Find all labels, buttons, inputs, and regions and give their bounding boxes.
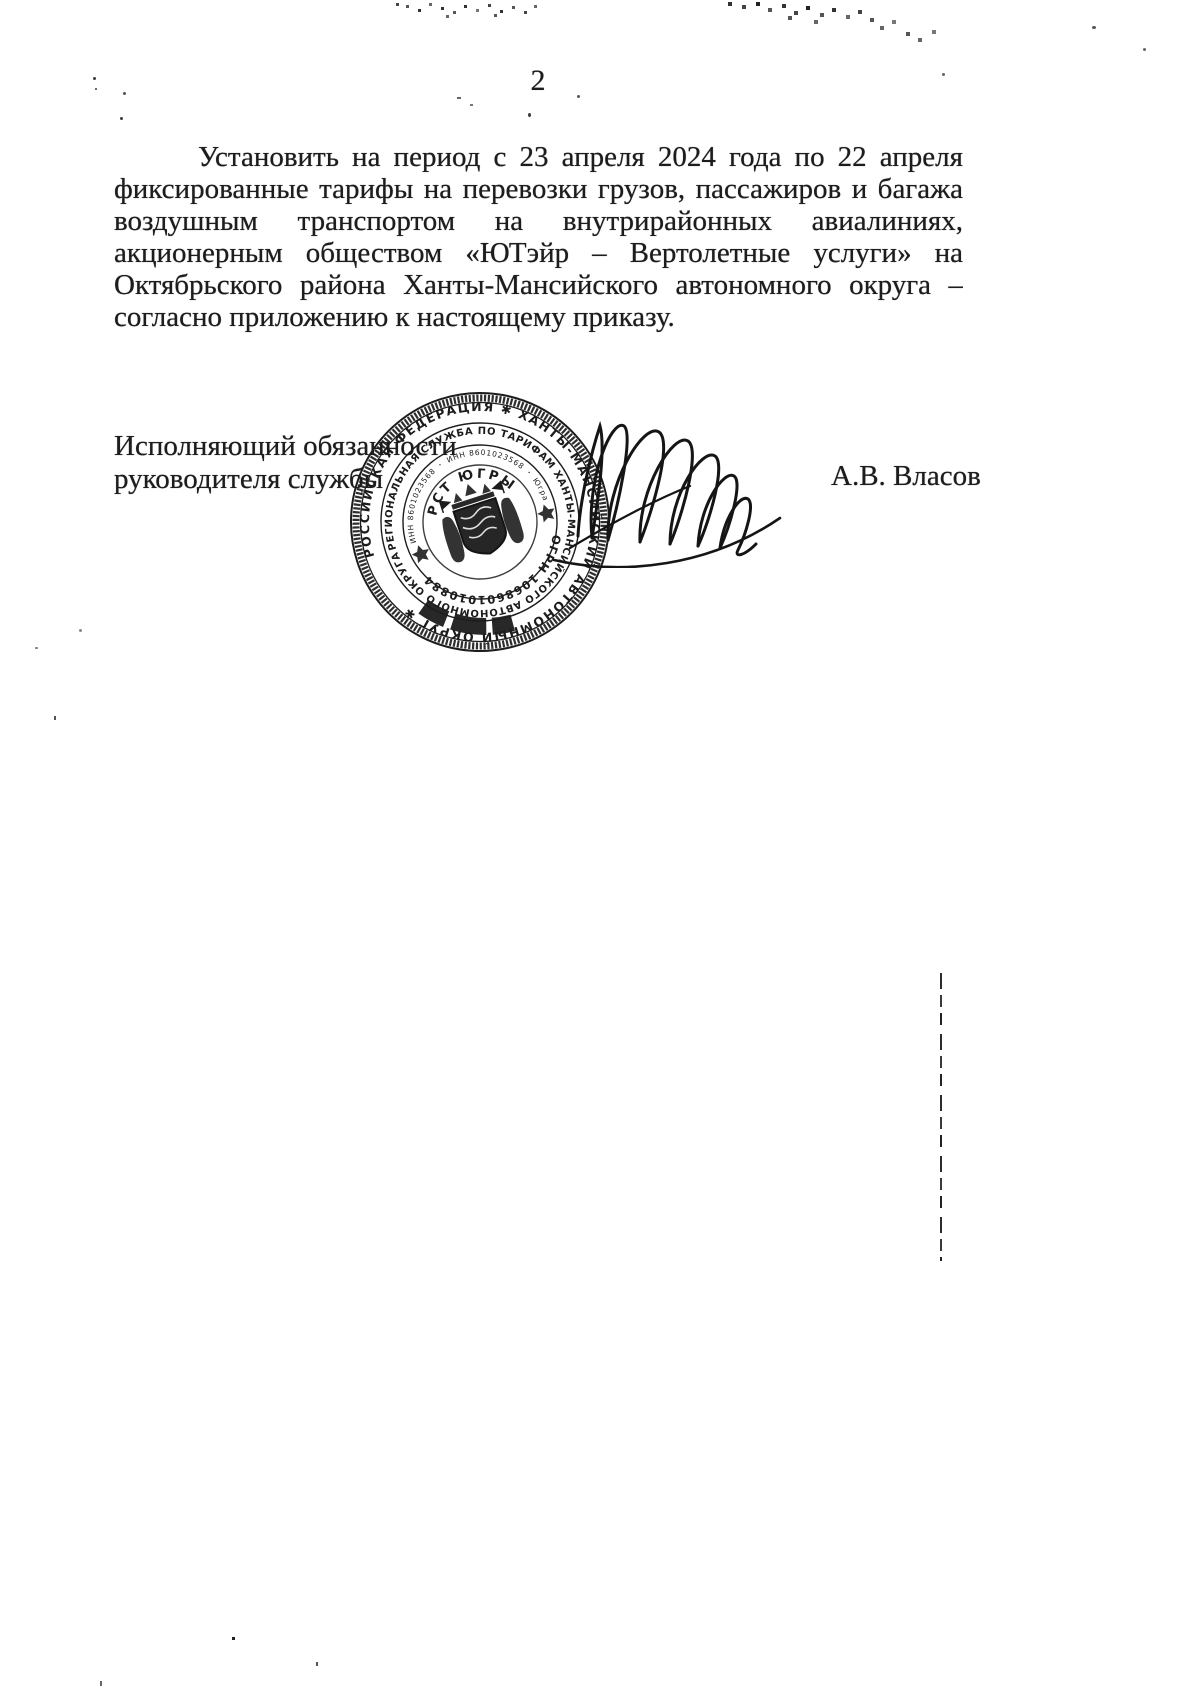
scan-noise-cluster xyxy=(728,2,732,6)
scan-speck xyxy=(120,117,123,120)
paragraph-line: воздушным транспортом на внутрирайонных … xyxy=(114,205,963,237)
scan-speck xyxy=(457,97,461,99)
document-page: 2 Установить на период с 23 апреля 2024 … xyxy=(0,0,1200,1696)
scan-speck xyxy=(232,1637,235,1640)
scan-speck xyxy=(942,73,945,76)
scan-noise-cluster xyxy=(396,3,399,6)
order-paragraph: Установить на период с 23 апреля 2024 го… xyxy=(114,141,963,333)
paragraph-line: согласно приложению к настоящему приказу… xyxy=(114,301,963,333)
handwritten-signature xyxy=(540,378,790,568)
scan-speck xyxy=(93,77,96,80)
scan-crease-line xyxy=(940,973,942,1261)
scan-speck xyxy=(470,104,473,106)
paragraph-line: Октябрьского района Ханты-Мансийского ав… xyxy=(114,269,963,301)
signer-name: А.В. Власов xyxy=(831,460,981,493)
scan-speck xyxy=(35,647,38,649)
paragraph-line: фиксированные тарифы на перевозки грузов… xyxy=(114,173,963,205)
scan-speck xyxy=(1143,48,1146,51)
scan-speck xyxy=(316,1662,318,1666)
paragraph-line: Установить на период с 23 апреля 2024 го… xyxy=(114,141,963,173)
scan-speck xyxy=(95,88,97,90)
scan-speck xyxy=(1092,26,1096,29)
page-number: 2 xyxy=(498,64,578,98)
scan-speck xyxy=(79,629,82,632)
scan-speck xyxy=(528,113,531,117)
scan-speck xyxy=(100,1681,102,1686)
scan-speck xyxy=(123,92,126,95)
paragraph-line: акционерным обществом «ЮТэйр – Вертолетн… xyxy=(114,237,963,269)
scan-speck xyxy=(54,716,56,720)
